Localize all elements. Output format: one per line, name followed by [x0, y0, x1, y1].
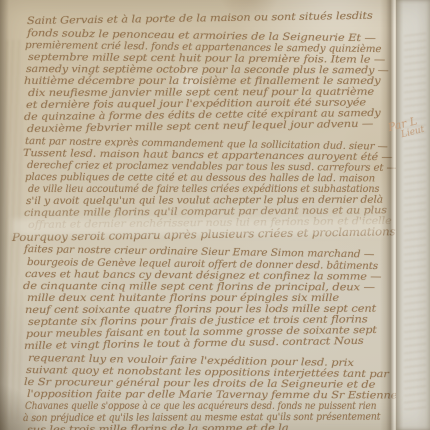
- adjacent-page: Par L Lieut: [396, 0, 430, 430]
- manuscript-line: Saint Gervais et à la porte de la maison…: [27, 10, 373, 27]
- manuscript-line: sus les trois mille florins de la somme …: [26, 423, 288, 430]
- manuscript-photo: Saint Gervais et à la porte de la maison…: [0, 0, 430, 430]
- manuscript-page: Saint Gervais et à la porte de la maison…: [0, 0, 430, 430]
- manuscript-line: mille deux cent huitante florins pour ép…: [27, 293, 339, 305]
- crease-fade: [12, 219, 386, 235]
- manuscript-text-block: Saint Gervais et à la porte de la maison…: [0, 0, 430, 430]
